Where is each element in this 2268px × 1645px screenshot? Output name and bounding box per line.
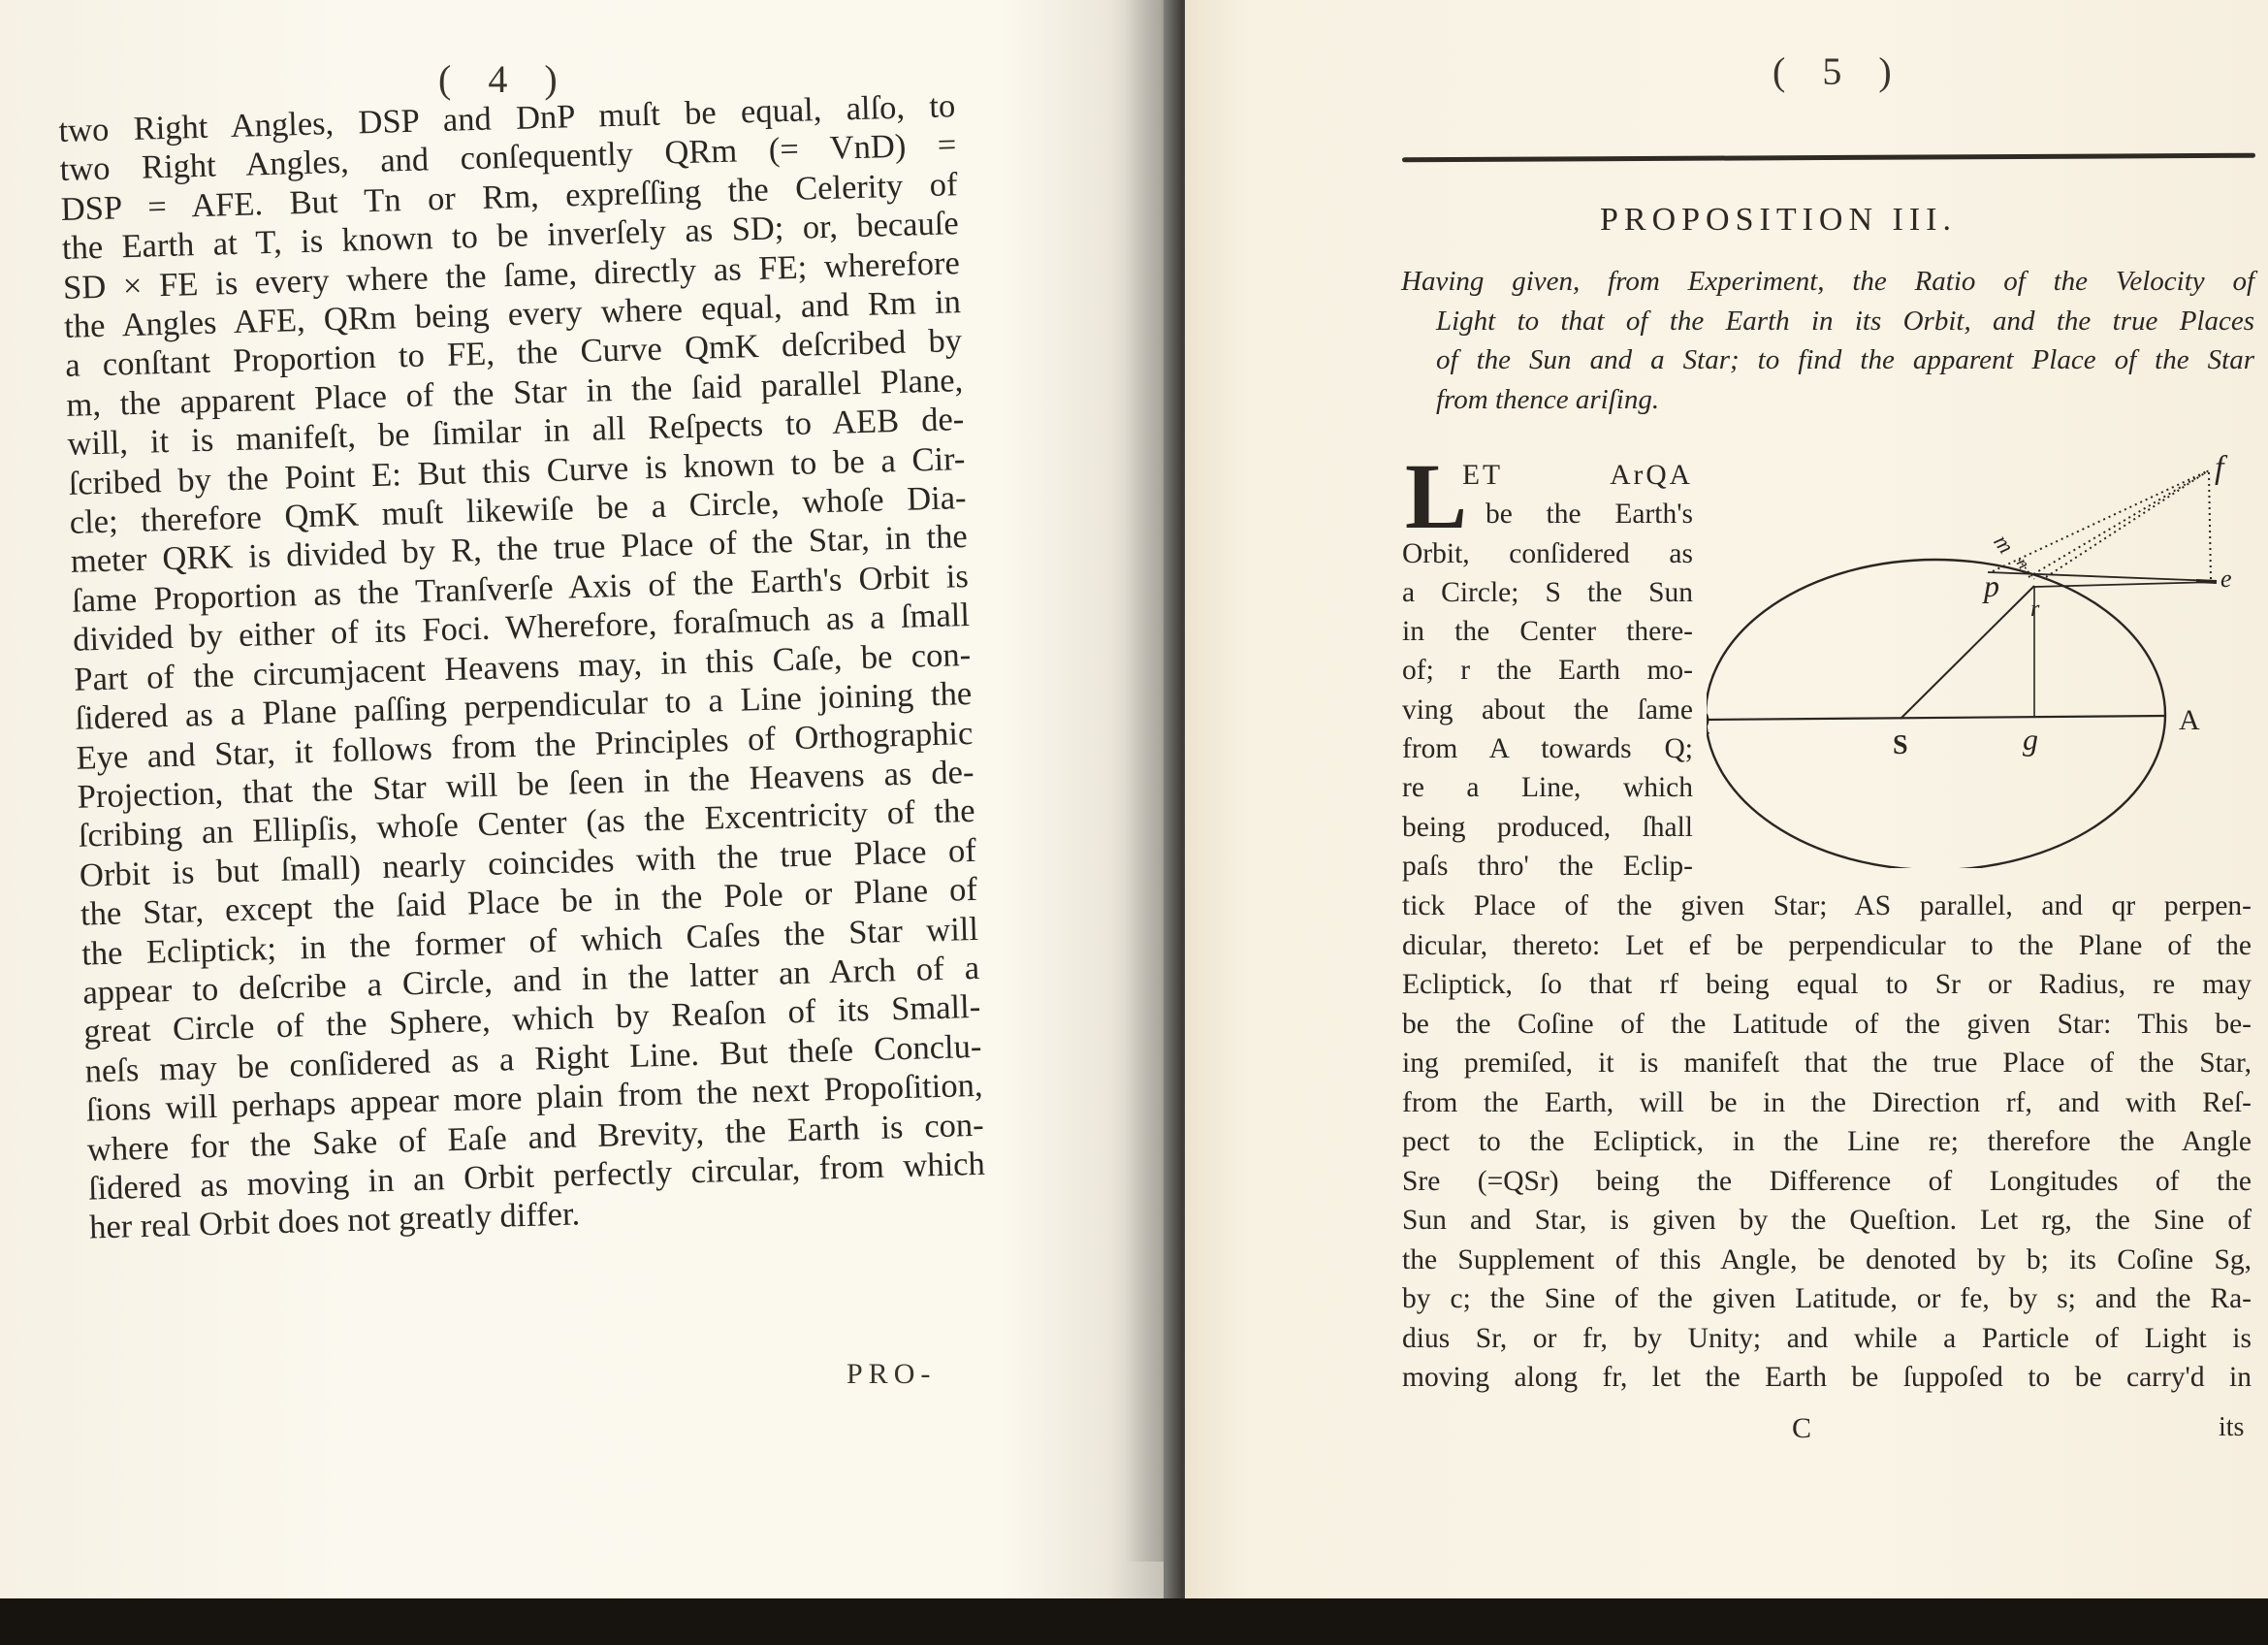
label-r: r [2030,597,2040,622]
right-page-number: ( 5 ) [1773,48,1905,94]
scan-background [0,1598,2268,1645]
text-line: pect to the Ecliptick, in the Line re; t… [1402,1122,2252,1162]
left-page-body: two Right Angles, DSP and DnP muſt be eq… [58,86,986,1247]
text-line: moving along fr, let the Earth be ſuppoſ… [1402,1358,2252,1398]
text-line: paſs thro' the Eclip- [1402,847,1693,886]
text-line: from A towards Q; [1402,729,1693,768]
text-line: be the Coſine of the Latitude of the giv… [1402,1005,2252,1045]
radius-Sr [1901,586,2034,719]
label-e: e [2220,564,2232,593]
text-line: being produced, ſhall [1402,808,1693,847]
proposition-heading: PROPOSITION III. [1600,202,1957,239]
label-f: f [2215,450,2228,486]
proposition-enunciation: Having given, from Experiment, the Ratio… [1401,262,2254,419]
text-line: ET ArQA [1402,456,1693,495]
enunciation-line: from thence ariſing. [1401,380,2254,420]
text-line: of; r the Earth mo- [1402,651,1693,690]
label-n: n [2013,554,2034,572]
text-line: a Circle; S the Sun [1402,573,1693,612]
narrow-text-column: ET ArQA be the Earth's Orbit, conſidered… [1402,456,1693,886]
text-line: ing premiſed, it is manifeſt that the tr… [1402,1044,2252,1083]
full-width-text: tick Place of the given Star; AS paralle… [1402,887,2252,1398]
label-A: A [2179,704,2200,736]
left-page: ( 4 ) two Right Angles, DSP and DnP muſt… [0,0,1178,1610]
right-catchword: its [2219,1412,2244,1443]
text-line: be the Earth's [1402,495,1693,533]
text-line: from the Earth, will be in the Direction… [1402,1083,2252,1123]
text-line: dius Sr, or fr, by Unity; and while a Pa… [1402,1319,2252,1359]
text-line: by c; the Sine of the given Latitude, or… [1402,1279,2252,1319]
text-line: ving about the ſame [1402,691,1693,729]
enunciation-line: of the Sun and a Star; to find the appar… [1401,340,2254,380]
left-page-number: ( 4 ) [438,56,571,102]
left-catchword: PRO- [847,1358,936,1391]
label-Q: Q [1707,704,1710,736]
orbit-diagram: Q A S g p r m n e f [1707,441,2268,868]
label-g: g [2023,722,2038,757]
text-line: Sre (=QSr) being the Difference of Longi… [1402,1162,2252,1202]
text-line: re a Line, which [1402,768,1693,807]
earth-orbit-ellipse [1707,560,2165,868]
text-line: tick Place of the given Star; AS paralle… [1402,887,2252,926]
text-line: Sun and Star, is given by the Queſtion. … [1402,1201,2252,1241]
axis-QA [1707,716,2166,720]
text-line: dicular, thereto: Let ef be perpendicula… [1402,926,2252,966]
label-p: p [1982,568,1999,603]
text-line: Orbit, conſidered as [1402,534,1693,573]
label-m: m [1988,531,2018,559]
label-S: S [1893,730,1908,760]
text-line: the Supplement of this Angle, be denoted… [1402,1241,2252,1280]
enunciation-line: Light to that of the Earth in its Orbit,… [1401,302,2254,341]
signature-mark: C [1792,1412,1811,1445]
text-line: Ecliptick, ſo that rf being equal to Sr … [1402,965,2252,1005]
text-line: in the Center there- [1402,612,1693,651]
enunciation-line: Having given, from Experiment, the Ratio… [1401,262,2254,302]
